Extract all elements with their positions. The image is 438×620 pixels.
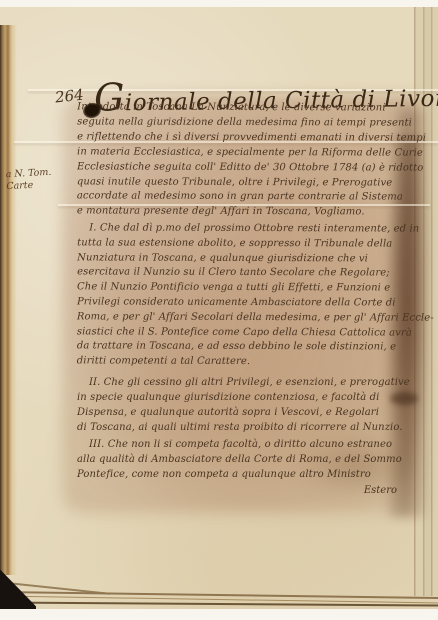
manuscript-line: tutta la sua estensione abolito, e soppr… <box>77 236 434 252</box>
manuscript-line: Nunziatura in Toscana, e qualunque giuri… <box>77 251 434 267</box>
manuscript-line: in materia Ecclesiastica, e specialmente… <box>77 145 426 161</box>
manuscript-line: seguita nella giurisdizione della medesi… <box>77 115 426 131</box>
manuscript-line: Che il Nunzio Pontificio venga a tutti g… <box>77 281 434 297</box>
manuscript-line: Introdotta in Toscana La Nunziatura, e l… <box>77 100 426 116</box>
manuscript-line: da trattare in Toscana, e ad esso debbin… <box>77 340 434 356</box>
manuscript-line: esercitava il Nunzio su il Clero tanto S… <box>77 266 434 282</box>
margin-note: a N. Tom. Carte <box>5 167 52 193</box>
manuscript-line: siastici che il S. Pontefice come Capo d… <box>77 325 434 341</box>
manuscript-line: in specie qualunque giurisdizione conten… <box>77 390 410 405</box>
scanned-manuscript-photo: 264 Giornale della Città di Livorno a N.… <box>0 0 438 620</box>
manuscript-page: 264 Giornale della Città di Livorno a N.… <box>0 7 438 609</box>
manuscript-line: Dispensa, e qualunque autorità sopra i V… <box>77 405 410 420</box>
manuscript-line: Ecclesiastiche seguita coll' Editto de' … <box>77 160 426 176</box>
ink-smudge <box>390 392 418 405</box>
margin-note-line: Carte <box>6 179 52 193</box>
section-3-paragraph: III. Che non li si competa facoltà, o di… <box>77 437 402 483</box>
catchword: Estero <box>77 485 397 496</box>
section-2-paragraph: II. Che gli cessino gli altri Privilegi,… <box>77 375 410 435</box>
intro-paragraph: Introdotta in Toscana La Nunziatura, e l… <box>77 100 426 220</box>
manuscript-line: quasi inutile questo Tribunale, oltre i … <box>77 175 426 191</box>
section-1-paragraph: I. Che dal dì p.mo del prossimo Ottobre … <box>77 221 434 370</box>
book-gutter-edge <box>0 25 17 575</box>
manuscript-line: e montatura presente degl' Affari in Tos… <box>77 205 426 221</box>
manuscript-line: di Toscana, ai quali ultimi resta proibi… <box>77 420 410 435</box>
manuscript-line: III. Che non li si competa facoltà, o di… <box>77 437 402 452</box>
manuscript-line: Privilegi considerato unicamente Ambasci… <box>77 295 434 311</box>
manuscript-line: Roma, e per gl' Affari Secolari della me… <box>77 310 434 326</box>
manuscript-line: Pontefice, come non competa a qualunque … <box>77 467 402 482</box>
manuscript-line: alla qualità di Ambasciatore della Corte… <box>77 452 402 467</box>
manuscript-line: II. Che gli cessino gli altri Privilegi,… <box>77 375 410 390</box>
manuscript-line: accordate al medesimo sono in gran parte… <box>77 190 426 206</box>
manuscript-line: diritti competenti a tal Carattere. <box>77 355 434 371</box>
manuscript-line: e riflettendo che i sì diversi provvedim… <box>77 130 426 146</box>
page-stack-edge <box>0 591 438 599</box>
manuscript-line: I. Che dal dì p.mo del prossimo Ottobre … <box>77 221 434 237</box>
